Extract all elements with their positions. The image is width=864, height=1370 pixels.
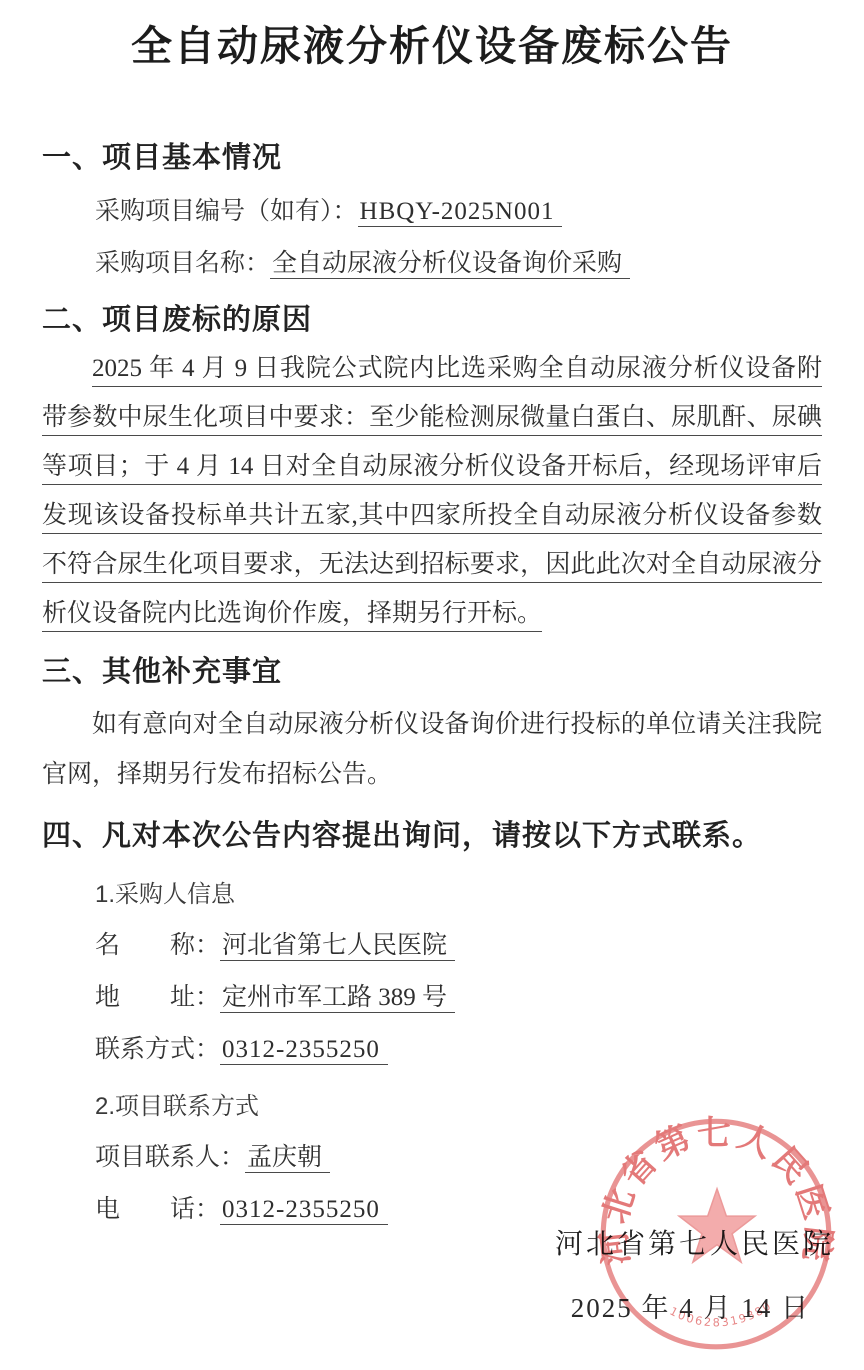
project-contact-person-label: 项目联系人： [95, 1144, 245, 1171]
section-1-heading: 一、项目基本情况 [42, 138, 822, 178]
signature-date: 2025 年 4 月 14 日 [571, 1286, 810, 1325]
section-3-heading: 三、其他补充事宜 [42, 652, 822, 692]
cancellation-reason-paragraph: 2025 年 4 月 9 日我院公式院内比选采购全自动尿液分析仪设备附带参数中尿… [42, 344, 822, 638]
project-number-row: 采购项目编号（如有）：HBQY-2025N001 [42, 194, 822, 230]
purchaser-address-label: 地 址： [95, 984, 220, 1011]
purchaser-name-label: 名 称： [95, 932, 220, 959]
purchaser-address-value: 定州市军工路 389 号 [220, 984, 455, 1013]
purchaser-address-row: 地 址：定州市军工路 389 号 [42, 980, 822, 1016]
document-title: 全自动尿液分析仪设备废标公告 [42, 0, 822, 74]
project-phone-value: 0312-2355250 [220, 1196, 388, 1225]
section-2-heading: 二、项目废标的原因 [42, 300, 822, 340]
project-contact-title: 2.项目联系方式 [42, 1090, 822, 1124]
purchaser-contact-label: 联系方式： [95, 1036, 220, 1063]
section-4-heading: 四、凡对本次公告内容提出询问，请按以下方式联系。 [42, 816, 822, 856]
document-page: 全自动尿液分析仪设备废标公告 一、项目基本情况 采购项目编号（如有）：HBQY-… [0, 0, 864, 1370]
project-number-label: 采购项目编号（如有）： [95, 198, 358, 225]
project-name-row: 采购项目名称：全自动尿液分析仪设备询价采购 [42, 246, 822, 282]
purchaser-contact-row: 联系方式：0312-2355250 [42, 1032, 822, 1068]
project-phone-label: 电 话： [95, 1196, 220, 1223]
purchaser-name-row: 名 称：河北省第七人民医院 [42, 928, 822, 964]
purchaser-contact-value: 0312-2355250 [220, 1036, 388, 1065]
project-name-value: 全自动尿液分析仪设备询价采购 [270, 250, 630, 279]
purchaser-name-value: 河北省第七人民医院 [220, 932, 455, 961]
supplementary-paragraph: 如有意向对全自动尿液分析仪设备询价进行投标的单位请关注我院官网，择期另行发布招标… [42, 700, 822, 800]
project-contact-person-value: 孟庆朝 [245, 1144, 330, 1173]
project-contact-person-row: 项目联系人：孟庆朝 [42, 1140, 822, 1176]
project-number-value: HBQY-2025N001 [358, 198, 563, 227]
purchaser-info-title: 1.采购人信息 [42, 878, 822, 912]
signature-organization: 河北省第七人民医院 [555, 1222, 834, 1262]
project-name-label: 采购项目名称： [95, 250, 270, 277]
